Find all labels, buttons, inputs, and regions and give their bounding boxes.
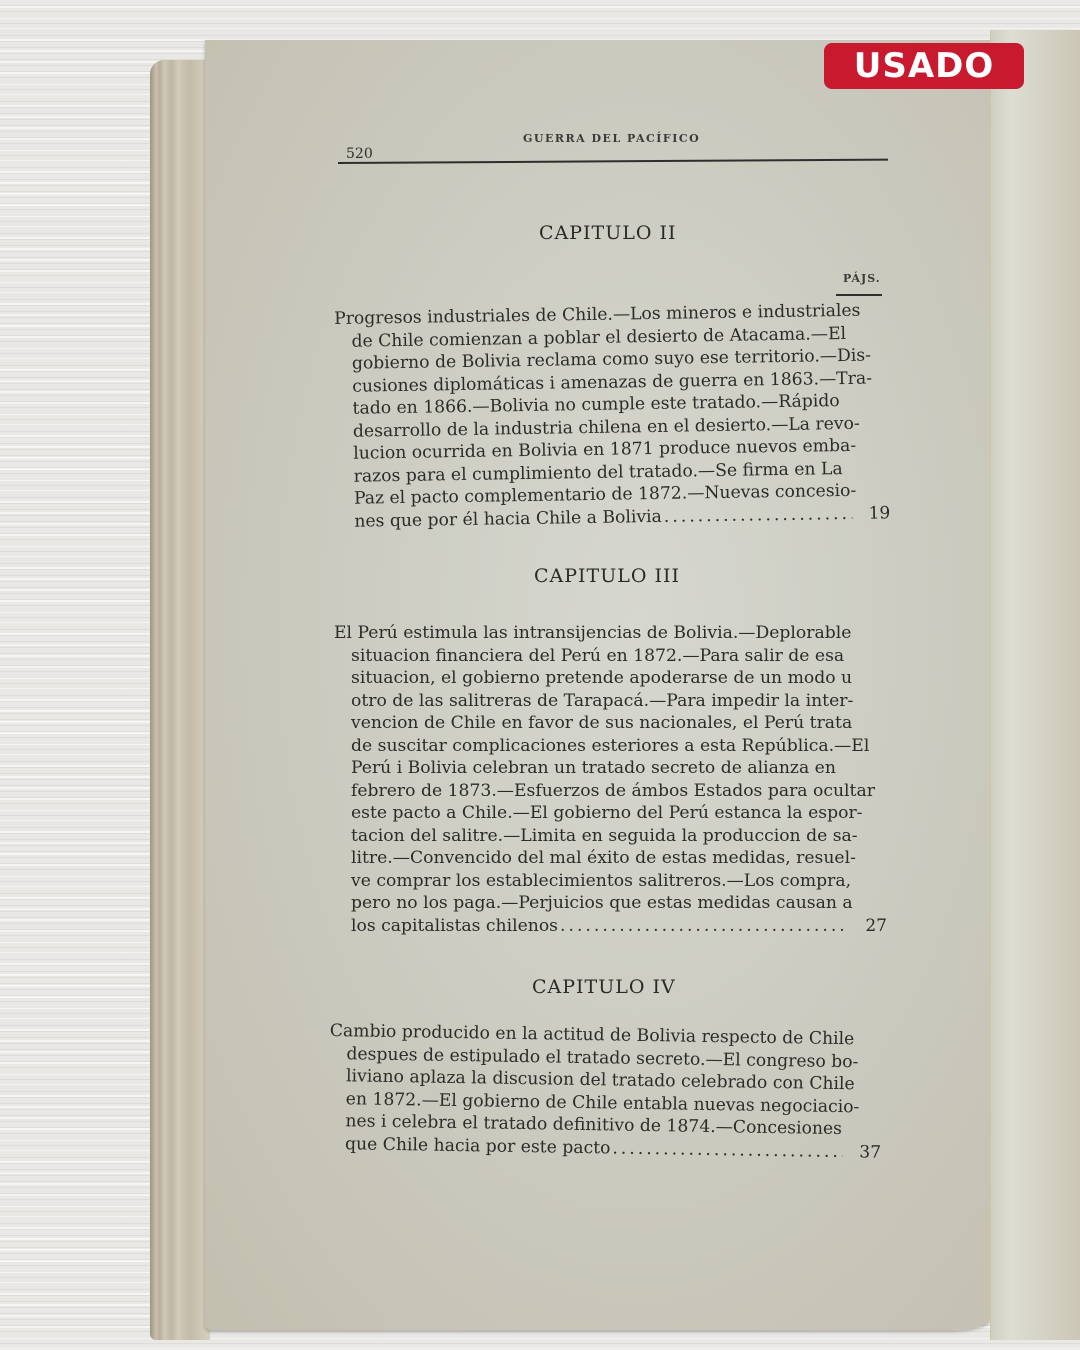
toc-entry-chapter-iv: Cambio producido en la actitud de Bolivi… xyxy=(328,1020,845,1163)
right-page-edge xyxy=(990,30,1080,1340)
chapter-heading-ii: CAPITULO II xyxy=(539,222,676,244)
entry-line: tacion del salitre.—Limita en seguida la… xyxy=(334,825,849,848)
entry-line: vencion de Chile en favor de sus naciona… xyxy=(334,712,849,735)
entry-line: febrero de 1873.—Esfuerzos de ámbos Esta… xyxy=(334,780,849,803)
entry-line: de suscitar complicaciones esteriores a … xyxy=(334,735,849,758)
entry-line: situacion, el gobierno pretende apoderar… xyxy=(334,667,849,690)
entry-last-line: los capitalistas chilenos ..............… xyxy=(334,915,849,938)
chapter-heading-iv: CAPITULO IV xyxy=(532,976,676,998)
leader-dots: ........................................… xyxy=(612,1137,843,1163)
page-reference: 37 xyxy=(859,1141,881,1164)
entry-line: los capitalistas chilenos xyxy=(351,915,558,938)
chapter-heading-iii: CAPITULO III xyxy=(534,565,680,587)
entry-line: pero no los paga.—Perjuicios que estas m… xyxy=(334,892,849,915)
toc-entry-chapter-ii: Progresos industriales de Chile.—Los min… xyxy=(334,300,852,533)
page-reference: 27 xyxy=(865,915,887,938)
page-stack-edge xyxy=(150,60,210,1340)
entry-line: que Chile hacia por este pacto xyxy=(345,1133,611,1160)
entry-line: El Perú estimula las intransijencias de … xyxy=(334,622,849,645)
running-title: GUERRA DEL PACÍFICO xyxy=(523,132,700,145)
entry-line: Perú i Bolivia celebran un tratado secre… xyxy=(334,757,849,780)
used-condition-badge: USADO xyxy=(824,43,1024,89)
page-number: 520 xyxy=(346,146,373,162)
entry-line: otro de las salitreras de Tarapacá.—Para… xyxy=(334,690,849,713)
page-reference: 19 xyxy=(868,502,890,525)
entry-line: litre.—Convencido del mal éxito de estas… xyxy=(334,847,849,870)
leader-dots: ........................................… xyxy=(664,502,853,527)
pages-column-header: PÁJS. xyxy=(843,272,881,285)
leader-dots: ........................................… xyxy=(560,915,849,938)
pages-column-rule xyxy=(836,294,882,296)
entry-line: este pacto a Chile.—El gobierno del Perú… xyxy=(334,802,849,825)
entry-line: nes que por él hacia Chile a Bolivia xyxy=(354,505,662,532)
entry-line: situacion financiera del Perú en 1872.—P… xyxy=(334,645,849,668)
toc-entry-chapter-iii: El Perú estimula las intransijencias de … xyxy=(334,622,849,937)
entry-line: ve comprar los establecimientos salitrer… xyxy=(334,870,849,893)
